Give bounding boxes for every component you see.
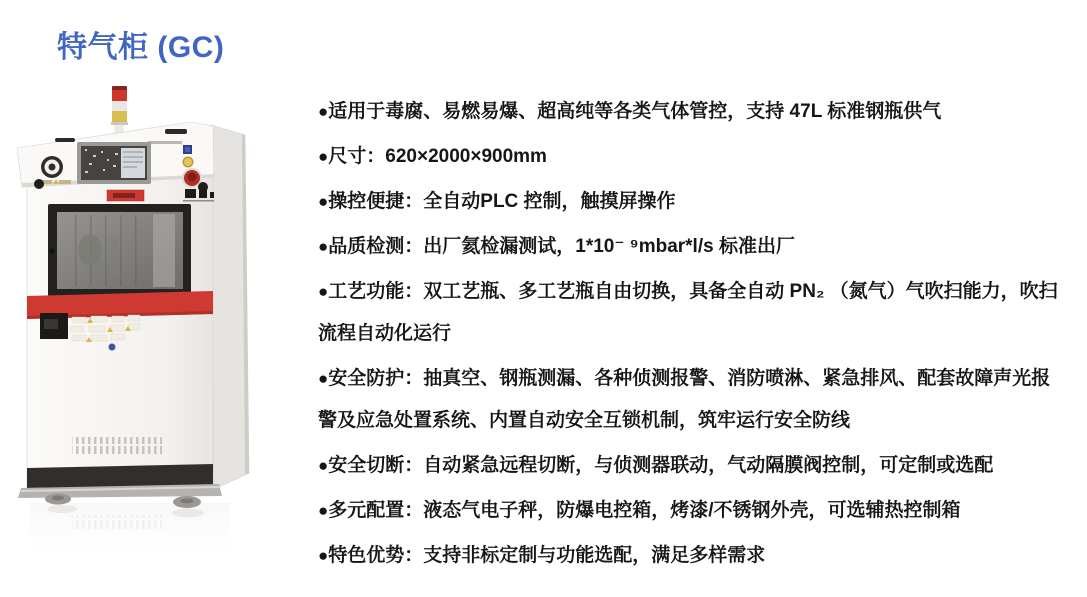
feature-item: ●特色优势：支持非标定制与功能选配，满足多样需求 [318, 535, 1066, 577]
bullet-icon: ● [318, 369, 328, 388]
bullet-icon: ● [318, 192, 328, 211]
panel-knob-left [34, 179, 44, 189]
feature-text: 特色优势：支持非标定制与功能选配，满足多样需求 [328, 545, 765, 566]
cabinet-side-panel [211, 125, 249, 489]
red-name-label [107, 190, 144, 201]
feature-list: ●适用于毒腐、易燃易爆、超高纯等各类气体管控，支持 47L 标准钢瓶供气 ●尺寸… [318, 91, 1066, 580]
feature-text: 安全防护：抽真空、钢瓶测漏、各种侦测报警、消防喷淋、紧急排风、配套故障声光报警及… [318, 368, 1050, 431]
access-box [40, 313, 68, 339]
feature-item: ●操控便捷：全自动PLC 控制，触摸屏操作 [318, 181, 1066, 223]
feature-item: ●多元配置：液态气电子秤，防爆电控箱，烤漆/不锈钢外壳，可选辅热控制箱 [318, 490, 1066, 532]
feature-item: ●安全切断：自动紧急远程切断，与侦测器联动，气动隔膜阀控制，可定制或选配 [318, 445, 1066, 487]
feature-item: ●适用于毒腐、易燃易爆、超高纯等各类气体管控，支持 47L 标准钢瓶供气 [318, 91, 1066, 133]
viewing-window [48, 204, 191, 297]
cabinet-base [18, 464, 222, 508]
bullet-icon: ● [318, 546, 328, 565]
bullet-icon: ● [318, 456, 328, 475]
pressure-gauge-icon [41, 156, 63, 178]
feature-text: 尺寸：620×2000×900mm [328, 146, 547, 167]
bullet-icon: ● [318, 237, 328, 256]
bullet-icon: ● [318, 102, 328, 121]
feature-item: ●工艺功能：双工艺瓶、多工艺瓶自由切换，具备全自动 PN₂ （氮气）气吹扫能力，… [318, 271, 1066, 355]
floor-reflection [30, 503, 230, 563]
feature-text: 安全切断：自动紧急远程切断，与侦测器联动，气动隔膜阀控制，可定制或选配 [328, 455, 993, 476]
page-title: 特气柜 (GC) [57, 30, 224, 66]
touchscreen [77, 142, 151, 184]
feature-text: 多元配置：液态气电子秤，防爆电控箱，烤漆/不锈钢外壳，可选辅热控制箱 [328, 500, 960, 521]
feature-text: 工艺功能：双工艺瓶、多工艺瓶自由切换，具备全自动 PN₂ （氮气）气吹扫能力，吹… [318, 281, 1058, 344]
gas-cabinet-photo [15, 85, 265, 590]
bullet-icon: ● [318, 147, 328, 166]
bullet-icon: ● [318, 501, 328, 520]
feature-item: ●尺寸：620×2000×900mm [318, 136, 1066, 178]
bullet-icon: ● [318, 282, 328, 301]
feature-text: 操控便捷：全自动PLC 控制，触摸屏操作 [328, 191, 675, 212]
gas-cabinet-illustration [15, 85, 265, 590]
signal-tower-light [111, 86, 128, 138]
feature-item: ●品质检测：出厂氦检漏测试，1*10⁻ ⁹mbar*l/s 标准出厂 [318, 226, 1066, 268]
vent-grille [72, 437, 162, 454]
round-yellow-label [183, 157, 194, 168]
feature-text: 品质检测：出厂氦检漏测试，1*10⁻ ⁹mbar*l/s 标准出厂 [328, 236, 795, 257]
feature-text: 适用于毒腐、易燃易爆、超高纯等各类气体管控，支持 47L 标准钢瓶供气 [328, 101, 941, 122]
feature-item: ●安全防护：抽真空、钢瓶测漏、各种侦测报警、消防喷淋、紧急排风、配套故障声光报警… [318, 358, 1066, 442]
window-handle [50, 249, 55, 254]
